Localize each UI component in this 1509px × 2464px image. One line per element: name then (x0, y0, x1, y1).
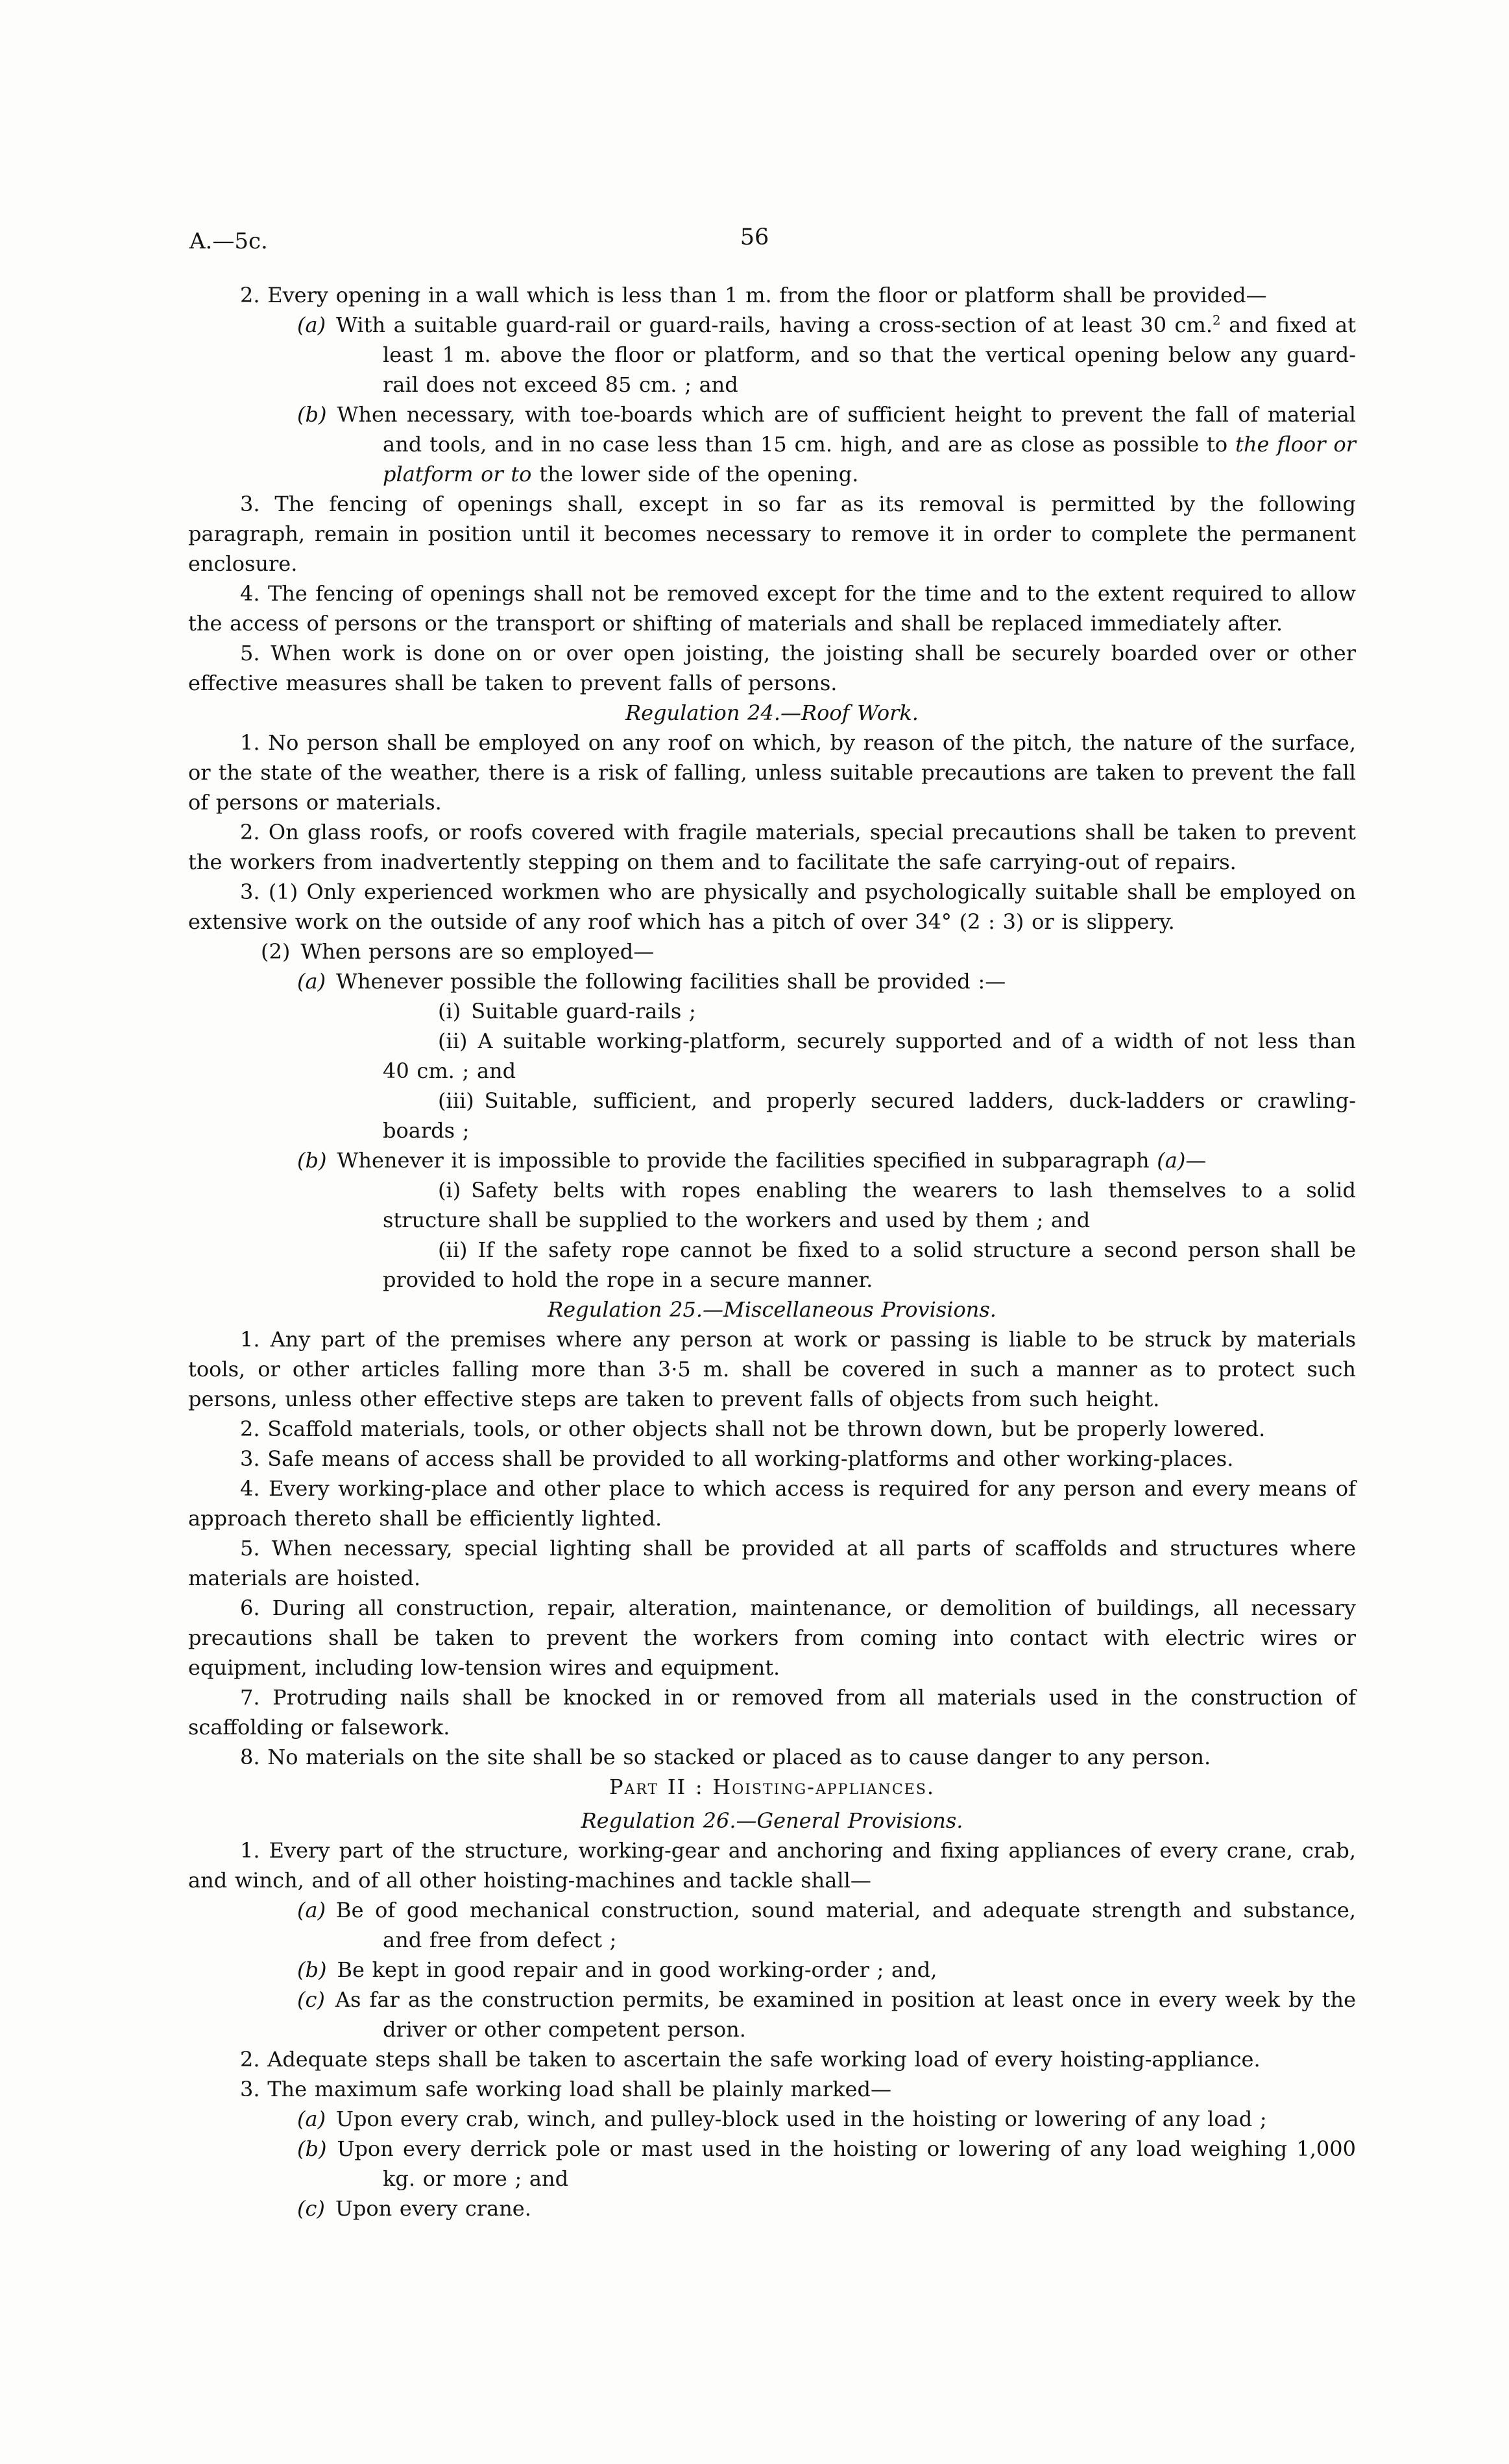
text-run: Upon every derrick pole or mast used in … (337, 2136, 1356, 2191)
hoisting-item-1b: (b)Be kept in good repair and in good wo… (188, 1955, 1356, 1985)
roof-work-para-1: 1. No person shall be employed on any ro… (188, 728, 1356, 817)
text-run: 1. Any part of the premises where any pe… (188, 1327, 1356, 1411)
document-reference: A.—5c. (189, 228, 268, 254)
hoisting-item-3b: (b)Upon every derrick pole or mast used … (188, 2134, 1356, 2194)
item-label: (a) (297, 969, 336, 994)
roof-work-item-b-i: (i)Safety belts with ropes enabling the … (188, 1175, 1356, 1235)
page-number: 56 (740, 224, 769, 250)
text-run: 2. Scaffold materials, tools, or other o… (240, 1417, 1265, 1441)
hoisting-para-2: 2. Adequate steps shall be taken to asce… (188, 2044, 1356, 2074)
text-run: Upon every crab, winch, and pulley-block… (336, 2107, 1267, 2131)
roof-work-item-a: (a)Whenever possible the following facil… (188, 966, 1356, 996)
text-run: 3. (1) Only experienced workmen who are … (188, 879, 1356, 934)
text-run: Suitable, sufficient, and properly secur… (383, 1088, 1356, 1143)
text-run: Upon every crane. (335, 2196, 531, 2221)
text-run: A suitable working-platform, securely su… (383, 1029, 1356, 1083)
text-run: 3. Safe means of access shall be provide… (240, 1446, 1233, 1471)
misc-para-2: 2. Scaffold materials, tools, or other o… (188, 1414, 1356, 1444)
text-run: 2. Every opening in a wall which is less… (240, 283, 1267, 307)
roof-work-para-3-2: (2)When persons are so employed— (188, 937, 1356, 966)
item-label: (c) (297, 2196, 335, 2221)
roof-work-item-b-ii: (ii)If the safety rope cannot be fixed t… (188, 1235, 1356, 1295)
item-label: (b) (297, 1148, 337, 1173)
roof-work-item-a-iii: (iii)Suitable, sufficient, and properly … (188, 1086, 1356, 1145)
misc-para-7: 7. Protruding nails shall be knocked in … (188, 1682, 1356, 1742)
text-run: 5. When work is done on or over open joi… (188, 641, 1356, 695)
superscript-text: 2 (1213, 313, 1221, 328)
text-run: 1. No person shall be employed on any ro… (188, 730, 1356, 815)
text-run: With a suitable guard-rail or guard-rail… (336, 313, 1213, 337)
heading-part-2: Part II : Hoisting-appliances. (188, 1772, 1356, 1802)
text-run: the lower side of the opening. (531, 462, 858, 486)
text-run: Regulation 24.—Roof Work. (625, 700, 919, 725)
text-run: 5. When necessary, special lighting shal… (188, 1536, 1356, 1590)
item-label: (iii) (438, 1088, 485, 1113)
text-run: (a) (1157, 1148, 1185, 1173)
text-run: If the safety rope cannot be fixed to a … (383, 1238, 1356, 1292)
hoisting-item-1a: (a)Be of good mechanical construction, s… (188, 1895, 1356, 1955)
text-run: As far as the construction permits, be e… (335, 1987, 1356, 2042)
text-run: 4. The fencing of openings shall not be … (188, 581, 1356, 636)
text-run: Part II : Hoisting-appliances. (609, 1775, 935, 1799)
text-run: Whenever possible the following faciliti… (336, 969, 1006, 994)
item-label: (c) (297, 1987, 335, 2012)
item-label: (a) (297, 313, 336, 337)
fencing-para-4: 4. The fencing of openings shall not be … (188, 579, 1356, 638)
heading-regulation-26: Regulation 26.—General Provisions. (188, 1806, 1356, 1836)
fencing-para-3: 3. The fencing of openings shall, except… (188, 489, 1356, 579)
text-run: Be of good mechanical construction, soun… (336, 1898, 1356, 1952)
roof-work-item-b: (b)Whenever it is impossible to provide … (188, 1145, 1356, 1175)
wall-openings-item-b: (b)When necessary, with toe-boards which… (188, 400, 1356, 489)
text-run: Be kept in good repair and in good worki… (337, 1957, 937, 1982)
item-label: (a) (297, 2107, 336, 2131)
text-run: Safety belts with ropes enabling the wea… (383, 1178, 1356, 1232)
misc-para-8: 8. No materials on the site shall be so … (188, 1742, 1356, 1772)
heading-regulation-24: Regulation 24.—Roof Work. (188, 698, 1356, 728)
item-label: (i) (438, 999, 471, 1023)
wall-openings-item-a: (a)With a suitable guard-rail or guard-r… (188, 310, 1356, 400)
text-run: Regulation 25.—Miscellaneous Provisions. (548, 1297, 996, 1322)
roof-work-item-a-i: (i)Suitable guard-rails ; (188, 996, 1356, 1026)
item-label: (ii) (438, 1238, 477, 1262)
item-label: (b) (297, 402, 337, 427)
hoisting-para-1: 1. Every part of the structure, working-… (188, 1836, 1356, 1895)
page-header: A.—5c. 56 (0, 228, 1509, 267)
roof-work-para-3-1: 3. (1) Only experienced workmen who are … (188, 877, 1356, 937)
text-run: 8. No materials on the site shall be so … (240, 1745, 1211, 1769)
text-run: 4. Every working-place and other place t… (188, 1476, 1356, 1531)
text-run: When necessary, with toe-boards which ar… (337, 402, 1356, 457)
hoisting-para-3: 3. The maximum safe working load shall b… (188, 2074, 1356, 2104)
misc-para-6: 6. During all construction, repair, alte… (188, 1593, 1356, 1682)
text-run: 3. The maximum safe working load shall b… (240, 2077, 891, 2101)
wall-openings-para-2: 2. Every opening in a wall which is less… (188, 280, 1356, 310)
misc-para-3: 3. Safe means of access shall be provide… (188, 1444, 1356, 1474)
text-run: When persons are so employed— (300, 939, 654, 964)
item-label: (b) (297, 2136, 337, 2161)
joisting-para-5: 5. When work is done on or over open joi… (188, 638, 1356, 698)
roof-work-para-2: 2. On glass roofs, or roofs covered with… (188, 817, 1356, 877)
hoisting-item-1c: (c)As far as the construction permits, b… (188, 1985, 1356, 2044)
misc-para-4: 4. Every working-place and other place t… (188, 1474, 1356, 1533)
text-run: 2. Adequate steps shall be taken to asce… (240, 2047, 1261, 2072)
text-run: 3. The fencing of openings shall, except… (188, 492, 1356, 576)
text-run: Regulation 26.—General Provisions. (581, 1808, 963, 1833)
hoisting-item-3a: (a)Upon every crab, winch, and pulley-bl… (188, 2104, 1356, 2134)
item-label: (b) (297, 1957, 337, 1982)
item-label: (a) (297, 1898, 336, 1922)
text-run: Suitable guard-rails ; (471, 999, 696, 1023)
text-run: Whenever it is impossible to provide the… (337, 1148, 1157, 1173)
item-label: (ii) (438, 1029, 477, 1053)
text-run: — (1185, 1148, 1206, 1173)
text-run: 6. During all construction, repair, alte… (188, 1596, 1356, 1680)
text-run: 1. Every part of the structure, working-… (188, 1838, 1356, 1893)
document-content: 2. Every opening in a wall which is less… (188, 280, 1356, 2223)
misc-para-1: 1. Any part of the premises where any pe… (188, 1324, 1356, 1414)
hoisting-item-3c: (c)Upon every crane. (188, 2194, 1356, 2223)
heading-regulation-25: Regulation 25.—Miscellaneous Provisions. (188, 1295, 1356, 1324)
item-label: (i) (438, 1178, 471, 1202)
text-run: 7. Protruding nails shall be knocked in … (188, 1685, 1356, 1740)
item-label: (2) (261, 939, 300, 964)
text-run: 2. On glass roofs, or roofs covered with… (188, 820, 1356, 874)
roof-work-item-a-ii: (ii)A suitable working-platform, securel… (188, 1026, 1356, 1086)
document-page: A.—5c. 56 2. Every opening in a wall whi… (0, 0, 1509, 2464)
misc-para-5: 5. When necessary, special lighting shal… (188, 1533, 1356, 1593)
